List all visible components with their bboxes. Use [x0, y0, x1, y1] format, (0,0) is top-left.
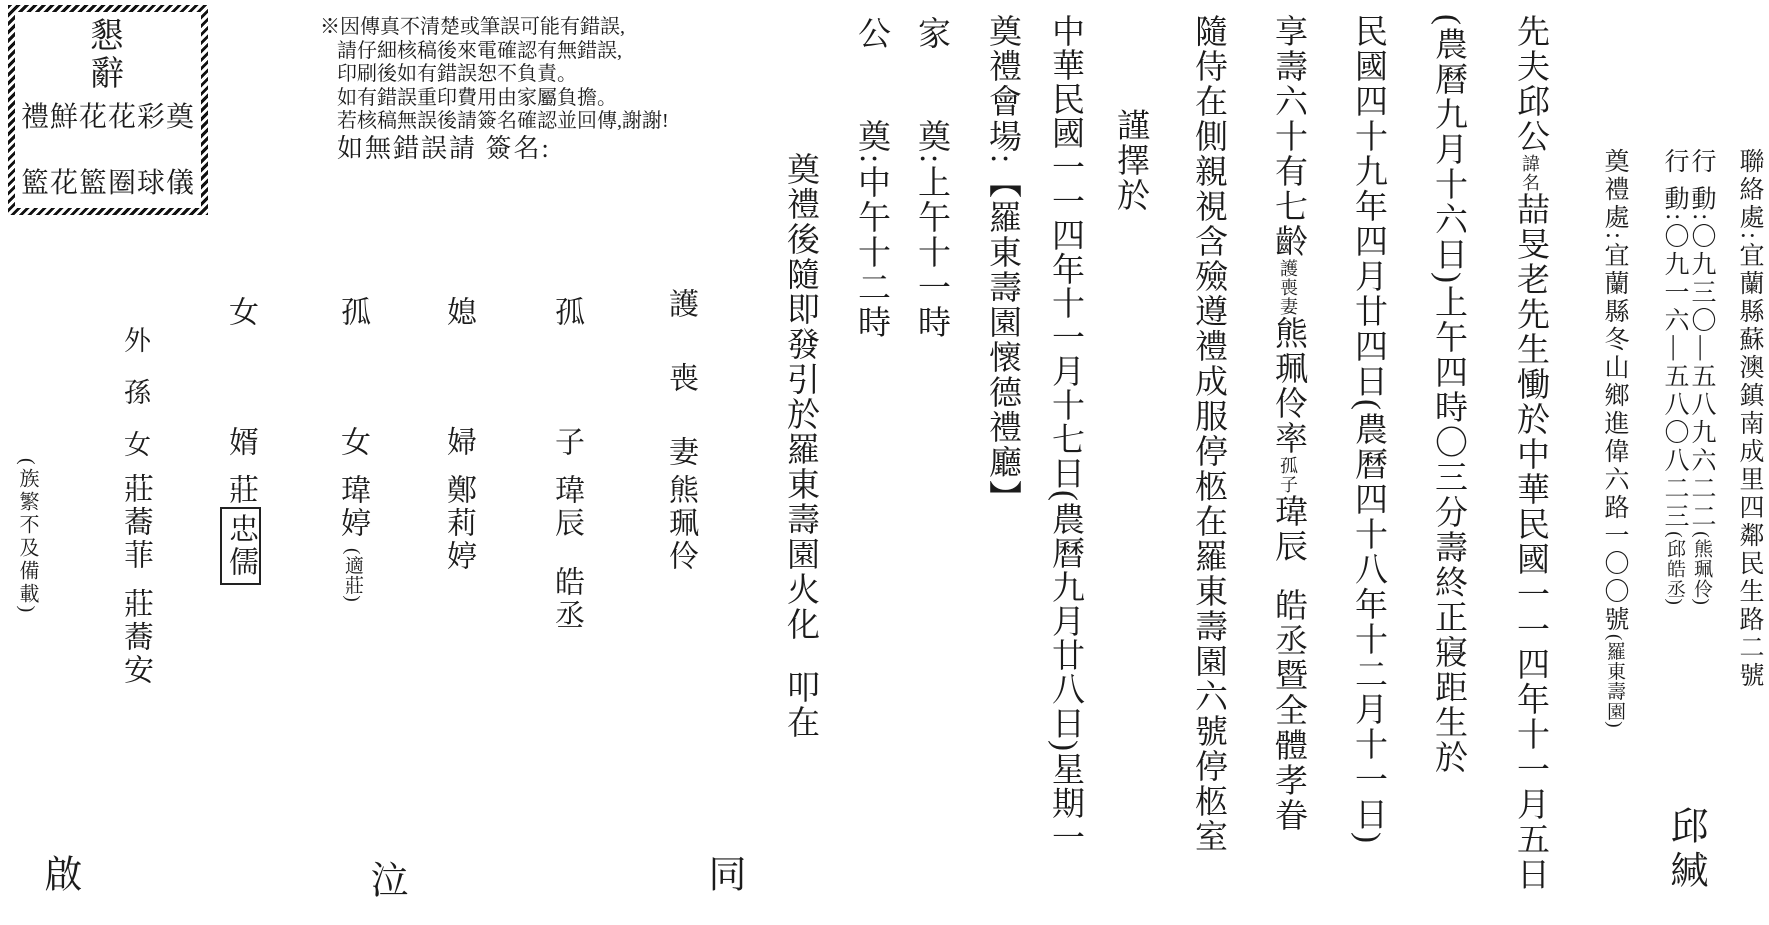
relation-label-sons: 孤子 — [550, 296, 583, 456]
ceremony-date-line: 中華民國一一四年十一月十七日(農曆九月廿八日)星期一 — [1043, 14, 1087, 854]
disclaimer-line-2: 請仔細核稿後來電確認有無錯誤, — [337, 40, 669, 64]
family-rite-time-line: 家奠:上午十一時 — [909, 16, 953, 340]
person-name: 鄭莉婷 — [442, 474, 475, 573]
family-column-son-in-law: 女婿莊忠儒 — [220, 296, 260, 585]
relation-label-son-in-law: 女婿 — [224, 296, 257, 456]
boxed-person-name: 忠儒 — [220, 507, 261, 585]
proof-disclaimer: ※因傳真不清楚或筆誤可能有錯誤, 請仔細核稿後來電確認有無錯誤, 印刷後如有錯誤… — [320, 16, 669, 160]
decline-heading-top: 懇 — [15, 18, 201, 56]
death-time-line: (農曆九月十六日)上午四時〇三分壽終正寢距生於 — [1426, 14, 1470, 775]
contact-mobile-1-name: (熊珮伶) — [1691, 531, 1712, 606]
family-column-granddaughters: 外孫女莊蕎菲莊蕎安 — [115, 326, 155, 687]
person-surname: 莊 — [224, 474, 257, 507]
decline-items-row2: 籃花籃圈球儀 — [15, 168, 201, 200]
person-name: 皓丞 — [550, 566, 583, 632]
relation-label-granddaughters: 外孫女 — [120, 326, 150, 457]
married-into-note: (適莊) — [342, 548, 363, 603]
condolence-decline-box: 懇 辭 禮鮮花花彩奠 籃花籃圈球儀 — [8, 5, 208, 215]
person-name: 莊蕎菲 — [119, 473, 152, 572]
cremation-line: 奠禮後隨即發引於羅東壽園火化叩在 — [778, 152, 822, 740]
closing-char-weeping: 泣 — [362, 860, 408, 898]
closing-char-together: 同 — [700, 854, 746, 892]
relation-label-daughter: 孤女 — [336, 296, 369, 456]
relation-label-wife: 護喪妻 — [664, 288, 697, 466]
age-and-mourners-line: 享壽六十有七齡護喪妻熊珮伶率孤子瑋辰皓丞暨全體孝眷 — [1266, 14, 1310, 833]
funeral-venue-name: (羅東壽園) — [1604, 634, 1625, 729]
person-name: 熊珮伶 — [664, 474, 697, 573]
public-rite-time-line: 公奠:中午十二時 — [849, 16, 893, 340]
closing-char-announce: 啟 — [36, 854, 82, 892]
disclaimer-line-3: 印刷後如有錯誤恕不負責。 — [337, 63, 669, 87]
ceremony-venue-line: 奠禮會場:【羅東壽園懷德禮廳】 — [980, 14, 1024, 515]
disclaimer-line-1: ※因傳真不清楚或筆誤可能有錯誤, — [320, 16, 669, 40]
family-column-daughter-in-law: 媳婦鄭莉婷 — [438, 296, 478, 573]
contact-address: 聯絡處:宜蘭縣蘇澳鎮南成里四鄰民生路二號 — [1733, 148, 1765, 690]
decline-items-row1: 禮鮮花花彩奠 — [15, 102, 201, 134]
funeral-notice-page: 懇 辭 禮鮮花花彩奠 籃花籃圈球儀 ※因傳真不清楚或筆誤可能有錯誤, 請仔細核稿… — [0, 0, 1769, 925]
birth-date-line: 民國四十九年四月廿四日(農曆四十八年十二月十一日) — [1346, 14, 1390, 845]
decline-heading-bottom: 辭 — [15, 56, 201, 94]
contact-mobile-2: 行 動:〇九一六—五八〇八二三(邱皓丞) — [1658, 148, 1690, 606]
disclaimer-line-5: 若核稿無誤後請簽名確認並回傳,謝謝! — [337, 110, 669, 134]
honorific-annotation: 諱名 — [1520, 154, 1540, 192]
chief-mourner-annotation: 護喪妻 — [1278, 259, 1298, 316]
contact-mobile-2-name: (邱皓丞) — [1664, 531, 1685, 606]
relation-label-daughter-in-law: 媳婦 — [442, 296, 475, 456]
family-column-sons: 孤子瑋辰皓丞 — [546, 296, 586, 632]
person-name: 莊蕎安 — [119, 588, 152, 687]
disclaimer-line-4: 如有錯誤重印費用由家屬負擔。 — [337, 87, 669, 111]
extended-family-note: (族繁不及備載) — [12, 458, 42, 615]
family-column-chief-mourner: 護喪妻熊珮伶 — [660, 288, 700, 573]
signature-line: 如無錯誤請 簽名: — [337, 137, 669, 161]
family-seal: 邱緘 — [1662, 806, 1708, 894]
date-chosen-lead: 謹擇於 — [1108, 108, 1152, 213]
person-name: 瑋辰 — [550, 474, 583, 540]
encoffining-line: 隨侍在側親視含殮遵禮成服停柩在羅東壽園六號停柩室 — [1186, 14, 1230, 854]
funeral-venue-address: 奠禮處:宜蘭縣冬山鄉進偉六路一〇〇號(羅東壽園) — [1598, 148, 1630, 729]
obituary-intro-line: 先夫邱公諱名喆旻老先生慟於中華民國一一四年十一月五日 — [1508, 14, 1552, 892]
person-name: 瑋婷 — [336, 474, 369, 540]
sons-annotation: 孤子 — [1278, 456, 1298, 494]
family-column-daughter: 孤女瑋婷(適莊) — [332, 296, 372, 603]
